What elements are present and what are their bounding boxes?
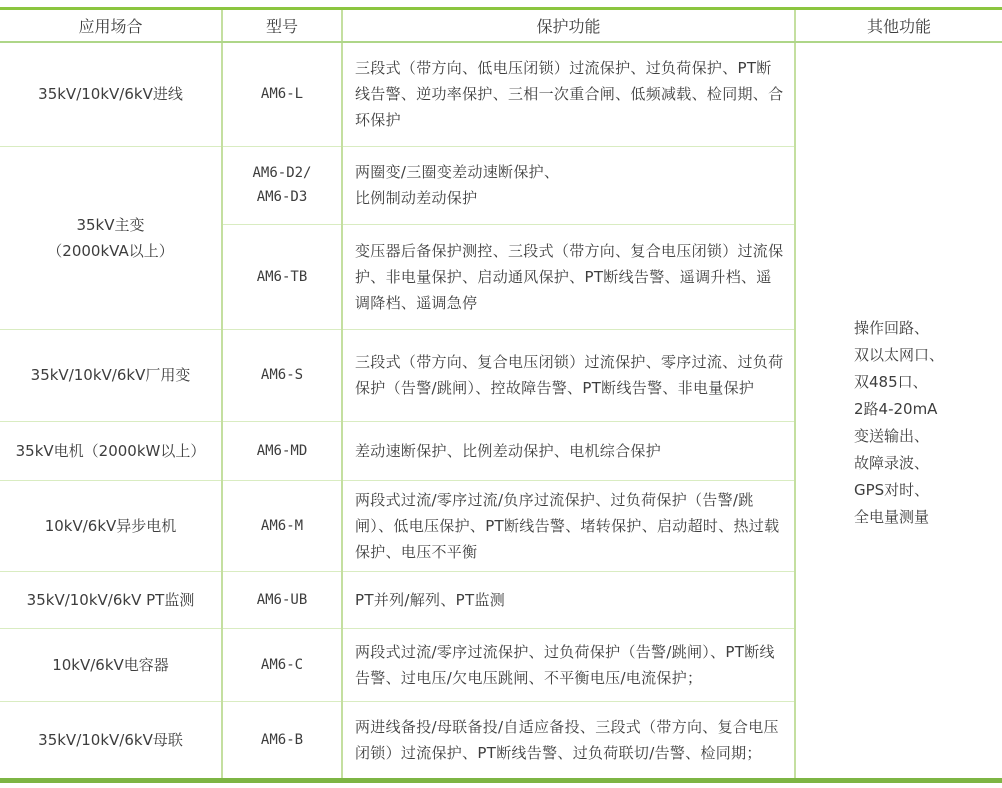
protection-cell: 两段式过流/零序过流/负序过流保护、过负荷保护（告警/跳闸）、低电压保护、PT断… [342, 480, 795, 571]
model-cell: AM6-L [222, 42, 342, 146]
header-application: 应用场合 [0, 9, 222, 43]
protection-cell: 三段式（带方向、低电压闭锁）过流保护、过负荷保护、PT断线告警、逆功率保护、三相… [342, 42, 795, 146]
protection-cell: 两段式过流/零序过流保护、过负荷保护（告警/跳闸）、PT断线告警、过电压/欠电压… [342, 628, 795, 701]
application-cell: 10kV/6kV异步电机 [0, 480, 222, 571]
application-cell: 35kV/10kV/6kV进线 [0, 42, 222, 146]
model-cell: AM6-S [222, 329, 342, 421]
application-cell: 35kV主变 （2000kVA以上） [0, 146, 222, 329]
header-row: 应用场合 型号 保护功能 其他功能 [0, 9, 1002, 43]
protection-cell: PT并列/解列、PT监测 [342, 571, 795, 628]
application-cell: 10kV/6kV电容器 [0, 628, 222, 701]
model-cell: AM6-M [222, 480, 342, 571]
protection-cell: 变压器后备保护测控、三段式（带方向、复合电压闭锁）过流保护、非电量保护、启动通风… [342, 224, 795, 329]
protection-cell: 差动速断保护、比例差动保护、电机综合保护 [342, 421, 795, 480]
other-functions-cell: 操作回路、 双以太网口、 双485口、 2路4-20mA 变送输出、 故障录波、… [795, 42, 1002, 780]
header-other: 其他功能 [795, 9, 1002, 43]
model-cell: AM6-UB [222, 571, 342, 628]
model-cell: AM6-B [222, 701, 342, 780]
protection-cell: 两进线备投/母联备投/自适应备投、三段式（带方向、复合电压闭锁）过流保护、PT断… [342, 701, 795, 780]
protection-cell: 三段式（带方向、复合电压闭锁）过流保护、零序过流、过负荷保护（告警/跳闸）、控故… [342, 329, 795, 421]
table-row: 35kV/10kV/6kV进线 AM6-L 三段式（带方向、低电压闭锁）过流保护… [0, 42, 1002, 146]
model-cell: AM6-TB [222, 224, 342, 329]
spec-table: 应用场合 型号 保护功能 其他功能 35kV/10kV/6kV进线 AM6-L … [0, 7, 1002, 783]
model-cell: AM6-C [222, 628, 342, 701]
model-cell: AM6-MD [222, 421, 342, 480]
application-cell: 35kV/10kV/6kV母联 [0, 701, 222, 780]
protection-cell: 两圈变/三圈变差动速断保护、 比例制动差动保护 [342, 146, 795, 224]
model-cell: AM6-D2/ AM6-D3 [222, 146, 342, 224]
header-model: 型号 [222, 9, 342, 43]
application-cell: 35kV/10kV/6kV厂用变 [0, 329, 222, 421]
other-functions-text: 操作回路、 双以太网口、 双485口、 2路4-20mA 变送输出、 故障录波、… [854, 315, 944, 531]
page: 应用场合 型号 保护功能 其他功能 35kV/10kV/6kV进线 AM6-L … [0, 0, 1002, 783]
application-cell: 35kV电机（2000kW以上） [0, 421, 222, 480]
header-protection: 保护功能 [342, 9, 795, 43]
application-cell: 35kV/10kV/6kV PT监测 [0, 571, 222, 628]
